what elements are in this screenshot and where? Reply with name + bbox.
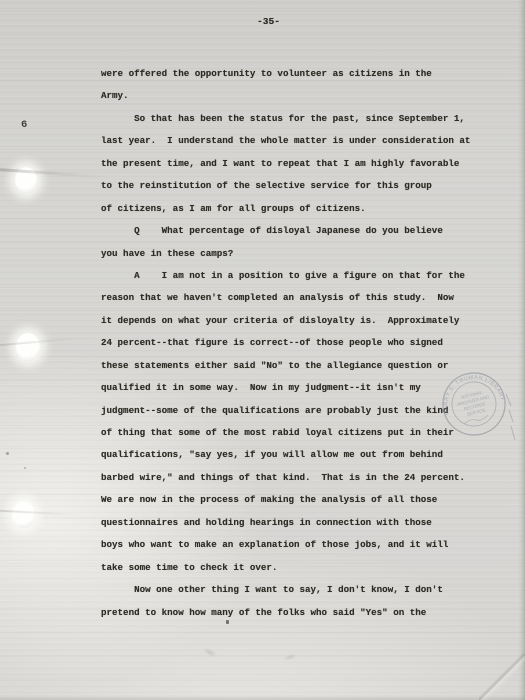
text-line: last year. I understand the whole matter… xyxy=(101,130,506,152)
scan-edge-shadow xyxy=(0,695,525,700)
text-line: pretend to know how many of the folks wh… xyxy=(101,602,506,624)
paper-speck xyxy=(6,452,9,455)
text-line: Q What percentage of disloyal Japanese d… xyxy=(101,220,506,242)
text-line: A I am not in a position to give a figur… xyxy=(101,265,506,287)
text-line: boys who want to make an explanation of … xyxy=(101,534,506,556)
page-number: -35- xyxy=(0,15,525,29)
text-line: were offered the opportunity to voluntee… xyxy=(101,63,506,85)
text-line: 24 percent--that figure is correct--of t… xyxy=(101,332,506,354)
text-line: of citizens, as I am for all groups of c… xyxy=(101,198,506,220)
text-line: you have in these camps? xyxy=(101,243,506,265)
text-line: questionnaires and holding hearings in c… xyxy=(101,512,506,534)
text-line: it depends on what your criteria of disl… xyxy=(101,310,506,332)
paper-crease xyxy=(0,336,95,346)
text-line: Now one other thing I want to say, I don… xyxy=(101,579,506,601)
paper-smudge xyxy=(282,652,297,662)
text-line: So that has been the status for the past… xyxy=(101,108,506,130)
text-line: the present time, and I want to repeat t… xyxy=(101,153,506,175)
paper-speck xyxy=(226,620,229,624)
punch-hole xyxy=(12,501,35,528)
text-line: to the reinstitution of the selective se… xyxy=(101,175,506,197)
paper-speck xyxy=(24,467,26,469)
margin-annotation: 6 xyxy=(21,118,27,132)
text-line: We are now in the process of making the … xyxy=(101,489,506,511)
scan-edge-shadow xyxy=(518,0,525,700)
corner-fold-crease xyxy=(479,654,525,700)
pencil-scribble xyxy=(500,392,520,444)
text-line: take some time to check it over. xyxy=(101,557,506,579)
paper-smudge xyxy=(201,646,218,660)
text-line: barbed wire," and things of that kind. T… xyxy=(101,467,506,489)
text-line: Army. xyxy=(101,85,506,107)
punch-hole xyxy=(16,333,40,361)
typewritten-text-block: were offered the opportunity to voluntee… xyxy=(101,63,506,624)
text-line: reason that we haven't completed an anal… xyxy=(101,287,506,309)
punch-hole xyxy=(15,167,37,193)
scanned-document-page: -35- 6 were offered the opportunity to v… xyxy=(0,0,525,700)
